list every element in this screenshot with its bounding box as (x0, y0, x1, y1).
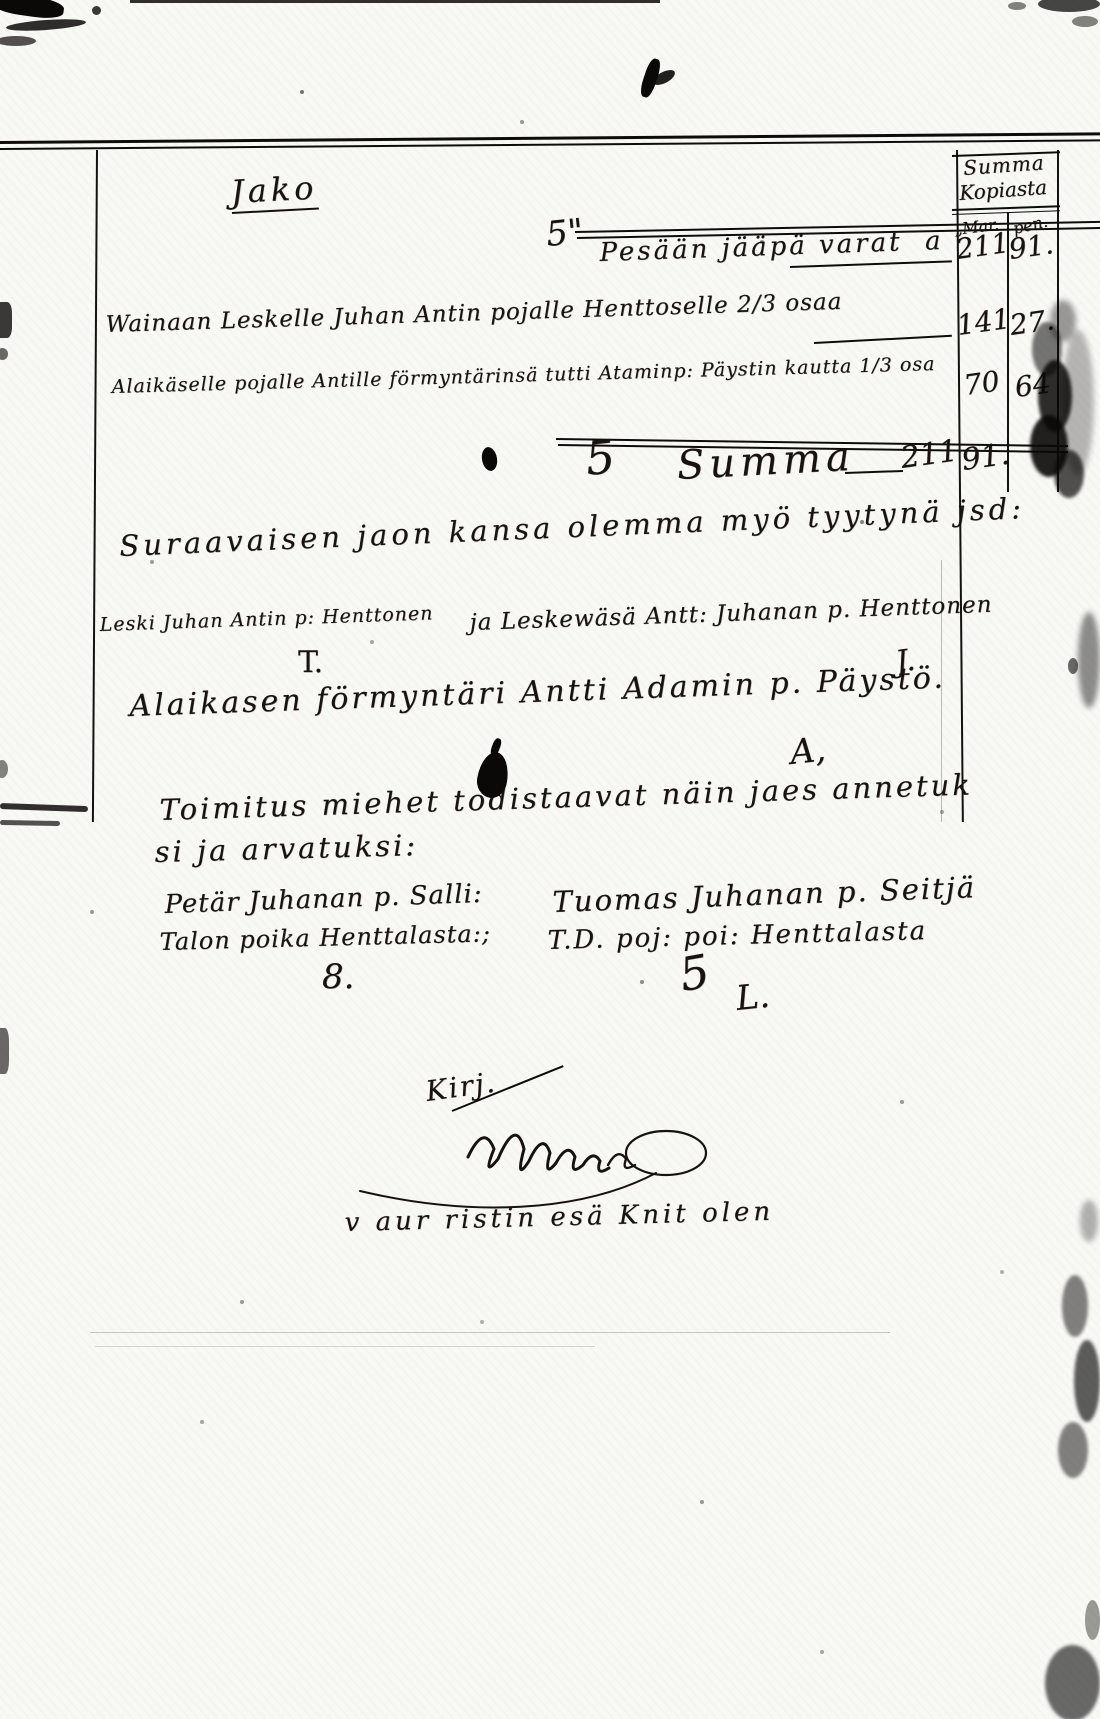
scan-artifact (0, 0, 65, 21)
summa-amount-mk: 211 (899, 436, 960, 474)
consent-paragraph: Suraavaisen jaon kansa olemma myö tyytyn… (119, 494, 1026, 561)
scan-artifact (95, 1346, 595, 1347)
scan-artifact (1045, 1645, 1100, 1719)
scan-speckles (300, 90, 304, 94)
attestation-line1: Toimitus miehet todistaavat näin jaes an… (159, 770, 973, 825)
scan-artifact (1058, 1422, 1088, 1478)
scan-artifact (92, 6, 101, 15)
scan-artifact (1072, 16, 1098, 27)
scan-artifact (0, 36, 36, 46)
guardian-signature: Alaikasen förmyntäri Antti Adamin p. Päy… (129, 664, 946, 722)
row1-amount-p: 91. (1007, 230, 1055, 264)
attestation-line2: si ja arvatuksi: (154, 831, 418, 867)
witness-right-house-mark-2: L. (734, 979, 771, 1016)
widow-house-mark: T. (298, 648, 323, 678)
scan-artifact (0, 302, 12, 338)
witness-left-title: Talon poika Henttalasta:; (159, 921, 491, 954)
witness-left-house-mark: 8. (322, 960, 354, 994)
footer-note: v aur ristin esä Knit olen (344, 1199, 774, 1236)
witness-right-name: Tuomas Juhanan p. Seitjä (552, 873, 977, 917)
row1-label: Pesään jääpä varat a (599, 228, 944, 266)
scan-artifact (1080, 1200, 1098, 1242)
row2-amount-mk: 141 (955, 305, 1012, 340)
scan-artifact (1078, 612, 1100, 708)
table-header-line1: Summa (963, 152, 1046, 178)
scan-artifact (1038, 0, 1100, 12)
widow-signature: Leski Juhan Antin p: Henttonen (99, 604, 433, 635)
scan-artifact (1062, 330, 1094, 475)
clerk-signature-flourish (430, 1095, 730, 1205)
witness-right-title: T.D. poj: poi: Henttalasta (547, 918, 927, 954)
row2-label: Wainaan Leskelle Juhan Antin pojalle Hen… (105, 291, 842, 337)
row1-leader-dash (790, 260, 952, 267)
row3-label: Alaikäselle pojalle Antille förmyntärins… (111, 355, 935, 397)
summa-amount-p: 91. (960, 440, 1011, 476)
row2-leader-dash (814, 335, 952, 344)
top-edge-line (130, 0, 660, 3)
scan-artifact (0, 760, 8, 778)
scanned-document-page: Summa Kopiasta „Mar. pen. Jako 5" Pesään… (0, 0, 1100, 1719)
heir-signature: ja Leskewäsä Antt: Juhanan p. Henttonen (469, 594, 993, 635)
row1-amount-mk: 211 (954, 229, 1011, 264)
scan-artifact (6, 17, 87, 33)
guardian-house-mark: A, (788, 732, 827, 770)
scan-artifact (0, 1028, 9, 1074)
scan-artifact (0, 803, 88, 812)
scan-artifact (1074, 1340, 1100, 1422)
left-margin-rule (92, 150, 98, 822)
table-header-line2: Kopiasta (959, 177, 1048, 203)
summa-paragraph-mark: 5 (583, 433, 617, 482)
scan-artifact (1085, 1600, 1100, 1640)
summa-label: Summa (676, 437, 856, 486)
scan-artifact (1008, 2, 1026, 10)
scan-artifact (0, 348, 8, 360)
scan-artifact (1068, 658, 1078, 674)
page-title: Jako (230, 172, 318, 214)
witness-left-name: Petär Juhanan p. Salli: (164, 881, 483, 918)
scan-artifact (1062, 1275, 1088, 1337)
scan-artifact (0, 820, 60, 826)
scan-artifact (90, 1332, 890, 1333)
row1-paragraph-mark: 5" (544, 214, 585, 252)
witness-right-house-mark-1: 5 (676, 948, 713, 998)
row3-amount-mk: 70 (962, 367, 1001, 400)
ink-blot (480, 446, 499, 472)
